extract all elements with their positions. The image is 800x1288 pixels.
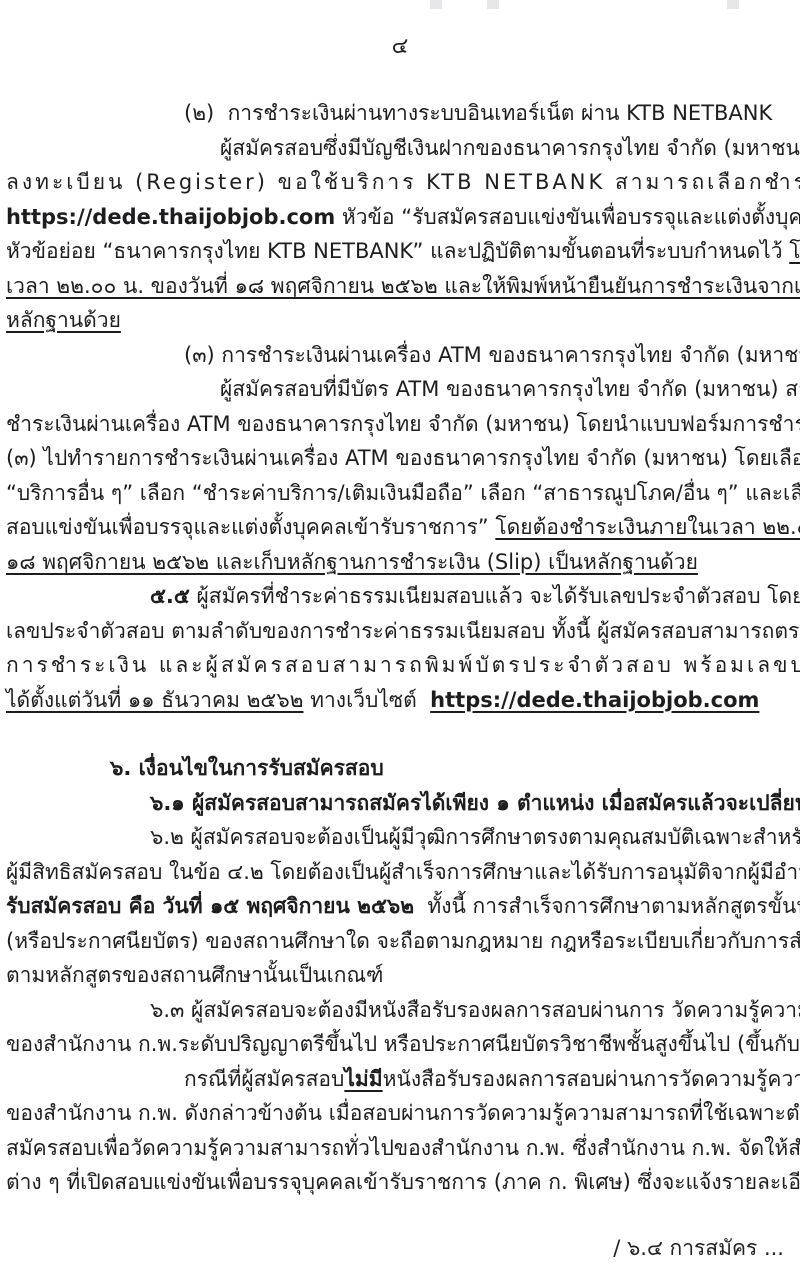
text-line: ผู้มีสิทธิสมัครสอบ ในข้อ ๔.๒ โดยต้องเป็น… xyxy=(0,855,800,890)
text-segment: ๖.๑ ผู้สมัครสอบสามารถสมัครได้เพียง ๑ ตำแ… xyxy=(150,791,800,815)
text-segment: รับสมัครสอบ คือ วันที่ ๑๕ พฤศจิกายน ๒๕๖๒ xyxy=(6,894,414,918)
text-line: ๖.๓ ผู้สมัครสอบจะต้องมีหนังสือรับรองผลกา… xyxy=(0,993,800,1028)
text-segment: หลักฐานด้วย xyxy=(6,308,121,332)
text-segment: หัวข้อย่อย “ธนาคารกรุงไทย KTB NETBANK” แ… xyxy=(6,239,789,263)
text-segment: ๖. เงื่อนไขในการรับสมัครสอบ xyxy=(110,756,384,780)
text-line: (๓) ไปทำรายการชำระเงินผ่านเครื่อง ATM ขอ… xyxy=(0,441,800,476)
text-line: เลขประจำตัวสอบ ตามลำดับของการชำระค่าธรรม… xyxy=(0,614,800,649)
text-segment: (๒) การชำระเงินผ่านทางระบบอินเทอร์เน็ต ผ… xyxy=(184,101,772,125)
text-segment: ตามหลักสูตรของสถานศึกษานั้นเป็นเกณฑ์ xyxy=(6,963,383,987)
text-line: (๓) การชำระเงินผ่านเครื่อง ATM ของธนาคาร… xyxy=(0,338,800,373)
url-text: https://dede.thaijobjob.com xyxy=(6,205,335,229)
text-segment: ผู้สมัครสอบที่มีบัตร ATM ของธนาคารกรุงไท… xyxy=(220,377,800,401)
text-segment: ทั้งนี้ การสำเร็จการศึกษาตามหลักสูตรขั้น… xyxy=(414,894,800,918)
text-segment: หัวข้อ “รับสมัครสอบแข่งขันเพื่อบรรจุและแ… xyxy=(335,205,800,229)
text-segment: ไม่มี xyxy=(344,1067,382,1091)
text-line: ชำระเงินผ่านเครื่อง ATM ของธนาคารกรุงไทย… xyxy=(0,407,800,442)
text-line: ๑๘ พฤศจิกายน ๒๕๖๒ และเก็บหลักฐานการชำระเ… xyxy=(0,545,800,580)
text-segment: ของสำนักงาน ก.พ.ระดับปริญญาตรีขึ้นไป หรื… xyxy=(6,1032,800,1056)
scan-artifact xyxy=(487,0,499,9)
text-segment: ๖.๓ ผู้สมัครสอบจะต้องมีหนังสือรับรองผลกา… xyxy=(150,998,800,1022)
text-segment: หนังสือรับรองผลการสอบผ่านการวัดความรู้คว… xyxy=(383,1067,800,1091)
text-line: เวลา ๒๒.๐๐ น. ของวันที่ ๑๘ พฤศจิกายน ๒๕๖… xyxy=(0,269,800,304)
text-segment: (๓) การชำระเงินผ่านเครื่อง ATM ของธนาคาร… xyxy=(184,343,800,367)
text-segment: ของสำนักงาน ก.พ. ดังกล่าวข้างต้น เมื่อสอ… xyxy=(6,1101,800,1125)
text-line: สอบแข่งขันเพื่อบรรจุและแต่งตั้งบุคคลเข้า… xyxy=(0,510,800,545)
text-line: ตามหลักสูตรของสถานศึกษานั้นเป็นเกณฑ์ xyxy=(0,958,800,993)
text-line: https://dede.thaijobjob.com หัวข้อ “รับส… xyxy=(0,200,800,235)
text-segment: ชำระเงินผ่านเครื่อง ATM ของธนาคารกรุงไทย… xyxy=(6,412,800,436)
text-line: “บริการอื่น ๆ” เลือก “ชำระค่าบริการ/เติม… xyxy=(0,476,800,511)
text-segment: ผู้สมัครสอบซึ่งมีบัญชีเงินฝากของธนาคารกร… xyxy=(220,136,800,160)
scanned-document-page: ๔ (๒) การชำระเงินผ่านทางระบบอินเทอร์เน็ต… xyxy=(0,0,800,1288)
text-line: ๖. เงื่อนไขในการรับสมัครสอบ xyxy=(0,751,800,786)
text-line: สมัครสอบเพื่อวัดความรู้ความสามารถทั่วไปข… xyxy=(0,1131,800,1166)
text-line: ๕.๕ ผู้สมัครที่ชำระค่าธรรมเนียมสอบแล้ว จ… xyxy=(0,579,800,614)
text-segment: ทางเว็บไซต์ xyxy=(304,688,431,712)
text-segment: โดยต้องชำระเงินภายใน xyxy=(789,239,800,263)
text-segment: (หรือประกาศนียบัตร) ของสถานศึกษาใด จะถือ… xyxy=(6,929,800,953)
page-number: ๔ xyxy=(0,28,800,63)
text-line: (๒) การชำระเงินผ่านทางระบบอินเทอร์เน็ต ผ… xyxy=(0,96,800,131)
text-segment: เวลา ๒๒.๐๐ น. ของวันที่ ๑๘ พฤศจิกายน ๒๕๖… xyxy=(6,274,800,298)
text-segment: ๑๘ พฤศจิกายน ๒๕๖๒ และเก็บหลักฐานการชำระเ… xyxy=(6,550,698,574)
text-segment: ลงทะเบียน (Register) ขอใช้บริการ KTB NET… xyxy=(6,170,800,194)
text-segment: กรณีที่ผู้สมัครสอบ xyxy=(184,1067,344,1091)
text-segment: สมัครสอบเพื่อวัดความรู้ความสามารถทั่วไปข… xyxy=(6,1136,800,1160)
continuation-note: / ๖.๔ การสมัคร ... xyxy=(613,1232,784,1265)
text-segment: “บริการอื่น ๆ” เลือก “ชำระค่าบริการ/เติม… xyxy=(6,481,800,505)
text-line: ของสำนักงาน ก.พ. ดังกล่าวข้างต้น เมื่อสอ… xyxy=(0,1096,800,1131)
text-line: ๖.๒ ผู้สมัครสอบจะต้องเป็นผู้มีวุฒิการศึก… xyxy=(0,820,800,855)
text-line: หัวข้อย่อย “ธนาคารกรุงไทย KTB NETBANK” แ… xyxy=(0,234,800,269)
text-line: ของสำนักงาน ก.พ.ระดับปริญญาตรีขึ้นไป หรื… xyxy=(0,1027,800,1062)
scan-artifact xyxy=(727,0,739,9)
text-segment: ๖.๒ ผู้สมัครสอบจะต้องเป็นผู้มีวุฒิการศึก… xyxy=(150,825,800,849)
text-segment: สอบแข่งขันเพื่อบรรจุและแต่งตั้งบุคคลเข้า… xyxy=(6,515,495,539)
text-segment: การชำระเงิน และผู้สมัครสอบสามารถพิมพ์บัต… xyxy=(6,653,800,677)
text-line: ๖.๑ ผู้สมัครสอบสามารถสมัครได้เพียง ๑ ตำแ… xyxy=(0,786,800,821)
text-line: ผู้สมัครสอบซึ่งมีบัญชีเงินฝากของธนาคารกร… xyxy=(0,131,800,166)
text-line: ลงทะเบียน (Register) ขอใช้บริการ KTB NET… xyxy=(0,165,800,200)
text-segment: ผู้สมัครที่ชำระค่าธรรมเนียมสอบแล้ว จะได้… xyxy=(190,584,800,608)
text-line: ผู้สมัครสอบที่มีบัตร ATM ของธนาคารกรุงไท… xyxy=(0,372,800,407)
text-segment: เลขประจำตัวสอบ ตามลำดับของการชำระค่าธรรม… xyxy=(6,619,800,643)
text-line: ได้ตั้งแต่วันที่ ๑๑ ธันวาคม ๒๕๖๒ ทางเว็บ… xyxy=(0,683,800,718)
text-line: รับสมัครสอบ คือ วันที่ ๑๕ พฤศจิกายน ๒๕๖๒… xyxy=(0,889,800,924)
text-segment: ผู้มีสิทธิสมัครสอบ ในข้อ ๔.๒ โดยต้องเป็น… xyxy=(6,860,800,884)
text-line: การชำระเงิน และผู้สมัครสอบสามารถพิมพ์บัต… xyxy=(0,648,800,683)
text-line: หลักฐานด้วย xyxy=(0,303,800,338)
text-segment: ได้ตั้งแต่วันที่ ๑๑ ธันวาคม ๒๕๖๒ xyxy=(6,688,304,712)
text-line: (หรือประกาศนียบัตร) ของสถานศึกษาใด จะถือ… xyxy=(0,924,800,959)
text-segment: ๕.๕ xyxy=(150,584,190,608)
text-segment: (๓) ไปทำรายการชำระเงินผ่านเครื่อง ATM ขอ… xyxy=(6,446,800,470)
text-line: ต่าง ๆ ที่เปิดสอบแข่งขันเพื่อบรรจุบุคคลเ… xyxy=(0,1165,800,1200)
text-line: กรณีที่ผู้สมัครสอบไม่มีหนังสือรับรองผลกา… xyxy=(0,1062,800,1097)
text-segment: โดยต้องชำระเงินภายในเวลา ๒๒.๐๐ น. ของวัน… xyxy=(495,515,800,539)
scan-artifact xyxy=(430,0,442,9)
url-text: https://dede.thaijobjob.com xyxy=(430,688,759,712)
document-body: (๒) การชำระเงินผ่านทางระบบอินเทอร์เน็ต ผ… xyxy=(0,96,800,1200)
text-segment: ต่าง ๆ ที่เปิดสอบแข่งขันเพื่อบรรจุบุคคลเ… xyxy=(6,1170,800,1194)
